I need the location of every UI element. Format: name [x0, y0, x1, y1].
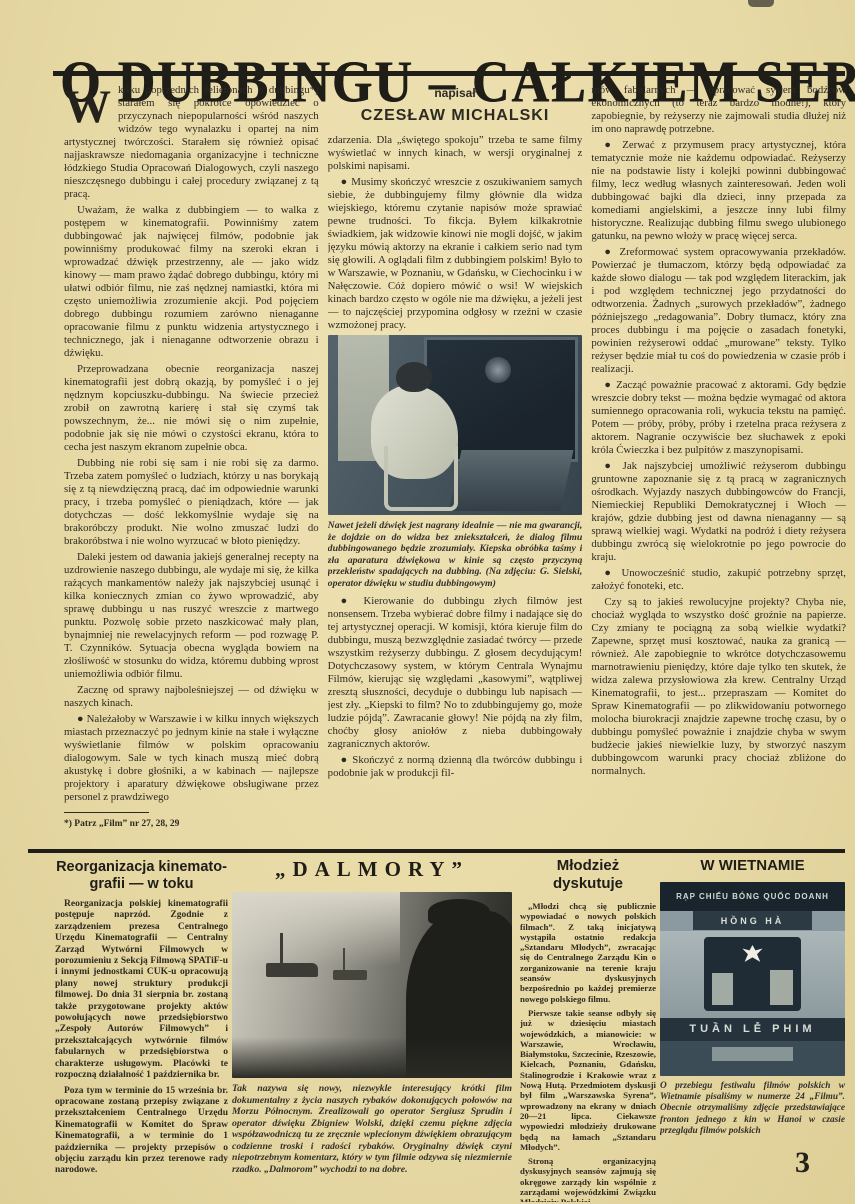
sound-operator-head [396, 362, 432, 392]
body-paragraph: Wkilku poprzednich felietonach o dubbing… [64, 84, 319, 201]
body-paragraph: Przeprowadzana obecnie reorganizacja nas… [64, 363, 319, 454]
cinema-name-sign: HỒNG HÀ [693, 911, 811, 930]
studio-light [485, 357, 511, 383]
section-mlodziez-dyskutuje: Młodzież dyskutuje „Młodzi chcą się publ… [520, 857, 656, 1202]
section-w-wietnamie: W WIETNAMIE RẠP CHIẾU BÓNG QUỐC DOANH HỒ… [660, 857, 845, 1202]
hanoi-cinema-photo: RẠP CHIẾU BÓNG QUỐC DOANH HỒNG HÀ TUẦN L… [660, 882, 845, 1076]
body-paragraph: zdarzenia. Dla „świętego spokoju” trzeba… [328, 134, 583, 173]
body-paragraph: Daleki jestem od dawania jakiejś general… [64, 551, 319, 681]
footnote: *) Patrz „Film” nr 27, 28, 29 [64, 819, 319, 829]
studio-chair [384, 446, 458, 511]
article-column-2: napisał CZESŁAW MICHALSKI zdarzenia. Dla… [328, 84, 583, 848]
cinema-facade [660, 931, 845, 1018]
sea-sky [232, 892, 400, 966]
cinema-entrance [704, 937, 800, 1010]
studio-photo-caption: Nawet jeżeli dźwięk jest nagrany idealni… [328, 520, 583, 589]
page-number: 3 [795, 1146, 810, 1180]
body-paragraph: Stroną organizacyjną dyskusyjnych seansó… [520, 1156, 656, 1202]
door-sign [712, 1047, 793, 1060]
body-paragraph: ● Zreformować system opracowywania przek… [591, 246, 846, 376]
wietnam-photo-caption: O przebiegu festiwalu filmów polskich w … [660, 1081, 845, 1137]
dalmory-photo-caption: Tak nazywa się nowy, niezwykle interesuj… [232, 1083, 512, 1175]
fishing-ship [266, 963, 318, 977]
dubbing-studio-photo [328, 335, 583, 515]
body-paragraph: Poza tym w terminie do 15 września br. o… [55, 1086, 228, 1177]
article-body: Wkilku poprzednich felietonach o dubbing… [64, 84, 846, 848]
dalmory-photo [232, 892, 512, 1078]
article-column-3: mów fabularnych — opracować system bodźc… [591, 84, 846, 848]
footnote-divider [64, 812, 149, 813]
studio-console [449, 450, 574, 511]
byline-author: CZESŁAW MICHALSKI [328, 107, 583, 125]
body-paragraph: Dubbing nie robi się sam i nie robi się … [64, 457, 319, 548]
body-paragraph: Reorganizacja polskiej kinematografii po… [55, 899, 228, 1082]
cinema-top-sign: RẠP CHIẾU BÓNG QUỐC DOANH [660, 882, 845, 911]
body-paragraph: ● Kierowanie do dubbingu złych filmów je… [328, 595, 583, 751]
body-paragraph: ● Należałoby w Warszawie i w kilku innyc… [64, 713, 319, 804]
section-dalmory: „DALMORY” Tak nazywa się nowy, niezwykle… [232, 857, 512, 1202]
ship-mast [280, 933, 283, 965]
body-paragraph: Zacznę od sprawy najboleśniejszej — od d… [64, 684, 319, 710]
title-divider [53, 71, 845, 76]
body-paragraph: ● Jak najszybciej umożliwić reżyserom du… [591, 460, 846, 564]
film-week-banner: TUẦN LỄ PHIM [660, 1018, 845, 1041]
section-reorganizacja: Reorganizacja kinemato­grafii — w toku R… [55, 859, 228, 1199]
film-week-banner-text: TUẦN LỄ PHIM [689, 1023, 815, 1035]
body-paragraph: ● Musimy skończyć wreszcie z oszukiwanie… [328, 176, 583, 332]
body-paragraph: „Młodzi chcą się publicznie wypowiadać o… [520, 901, 656, 1004]
section-heading-mlodziez: Młodzież dyskutuje [520, 857, 656, 893]
film-poster [770, 970, 793, 1005]
dropcap: W [64, 84, 118, 127]
body-paragraph: ● Zerwać z przymusem pracy artystycznej,… [591, 139, 846, 243]
body-paragraph: mów fabularnych — opracować system bodźc… [591, 84, 846, 136]
ship-mast [343, 948, 345, 972]
body-paragraph: ● Unowocześnić studio, zakupić potrzebny… [591, 567, 846, 593]
sea-water [232, 1037, 512, 1078]
fishing-ship [333, 970, 367, 980]
byline-label: napisał [328, 86, 583, 100]
polish-eagle-icon [739, 942, 766, 967]
section-heading-reorganizacja: Reorganizacja kinemato­grafii — w toku [55, 859, 228, 893]
body-paragraph: ● Zacząć poważnie pracować z aktorami. G… [591, 379, 846, 457]
heading-line: dyskutuje [520, 875, 656, 893]
cinema-top-sign-text: RẠP CHIẾU BÓNG QUỐC DOANH [676, 892, 829, 901]
byline: napisał CZESŁAW MICHALSKI [328, 86, 583, 125]
film-poster [712, 973, 733, 1005]
article-column-1: Wkilku poprzednich felietonach o dubbing… [64, 84, 319, 848]
body-paragraph: ● Skończyć z normą dzienną dla twórców d… [328, 754, 583, 780]
section-divider [28, 849, 845, 853]
body-paragraph: Pierwsze takie seanse odbyły się już w d… [520, 1008, 656, 1152]
section-heading-wietnam: W WIETNAMIE [660, 857, 845, 874]
section-heading-dalmory: „DALMORY” [232, 857, 512, 882]
body-paragraph: Uważam, że walka z dubbingiem — to walka… [64, 204, 319, 360]
scan-edge-mark [748, 0, 774, 7]
fisherman-hat [428, 899, 490, 925]
body-paragraph: Czy są to jakieś rewolucyjne projekty? C… [591, 596, 846, 778]
cinema-lower-entrance [660, 1041, 845, 1076]
heading-line: Młodzież [520, 857, 656, 875]
